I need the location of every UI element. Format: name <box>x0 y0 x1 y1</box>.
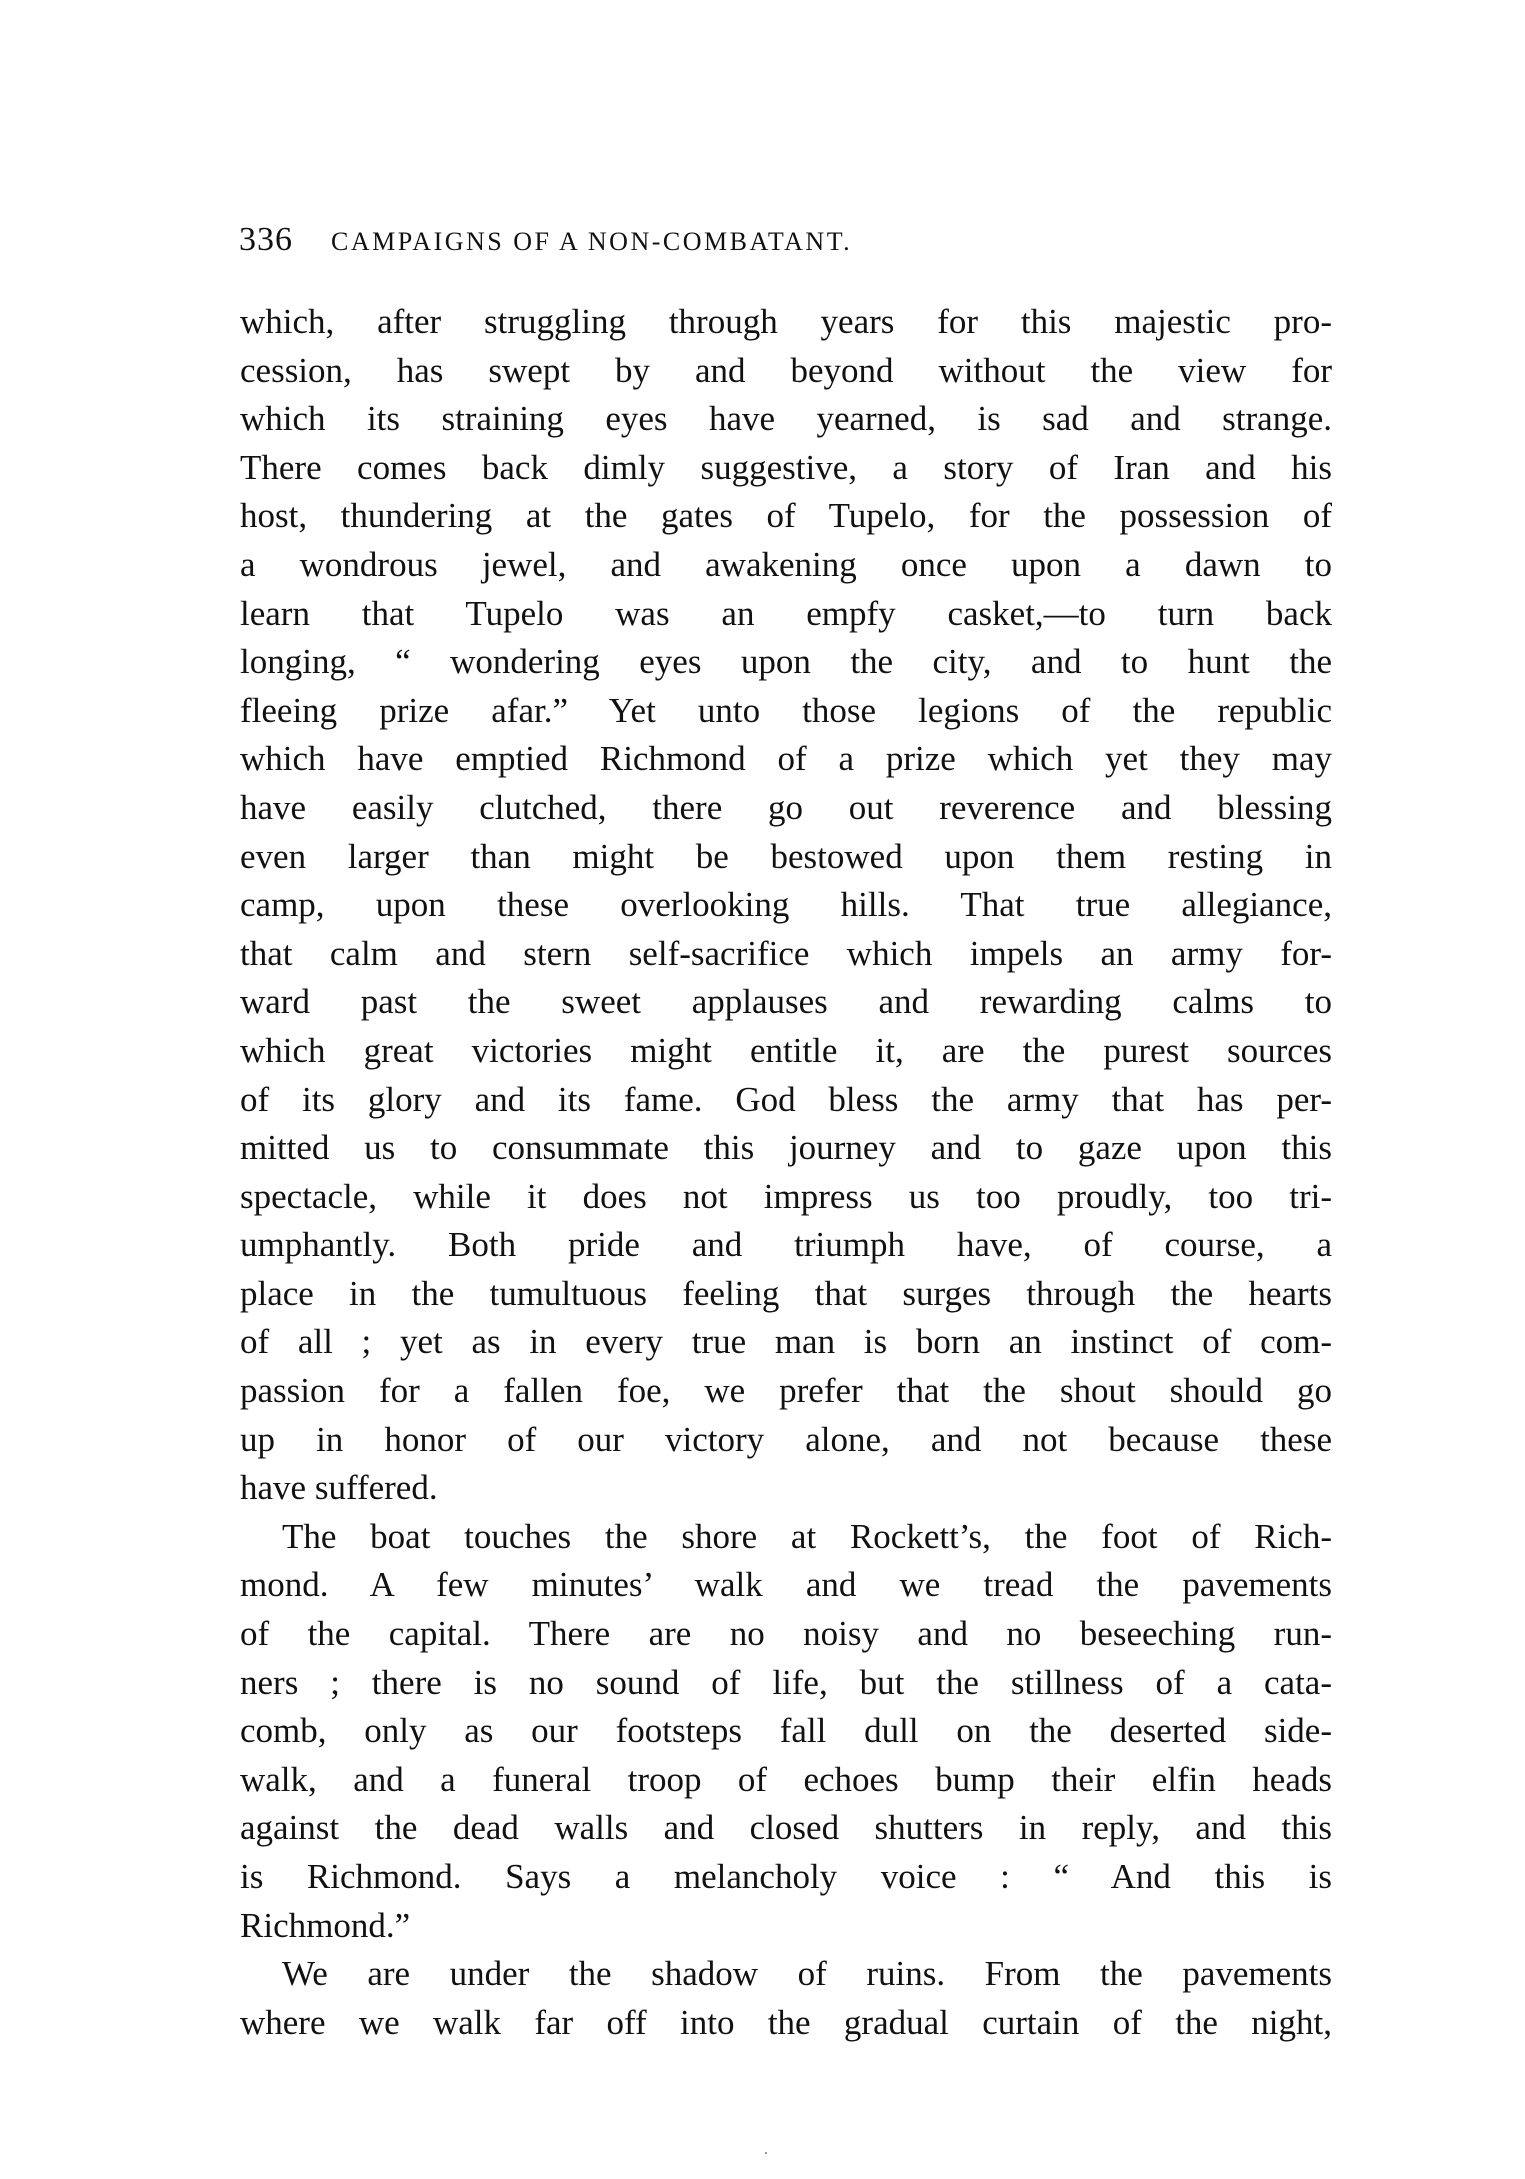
text-line: walk, and a funeral troop of echoes bump… <box>240 1756 1332 1805</box>
text-line: even larger than might be bestowed upon … <box>240 833 1332 882</box>
text-line: is Richmond. Says a melancholy voice : “… <box>240 1853 1332 1902</box>
text-line: host, thundering at the gates of Tupelo,… <box>240 492 1332 541</box>
page-number: 336 <box>239 220 293 260</box>
text-line: where we walk far off into the gradual c… <box>240 1999 1332 2048</box>
text-line: which great victories might entitle it, … <box>240 1027 1332 1076</box>
text-line: ners ; there is no sound of life, but th… <box>240 1659 1332 1708</box>
text-line: of its glory and its fame. God bless the… <box>240 1076 1332 1125</box>
text-line: longing, “ wondering eyes upon the city,… <box>240 638 1332 687</box>
text-line: camp, upon these overlooking hills. That… <box>240 881 1332 930</box>
running-head: 336 CAMPAIGNS OF A NON-COMBATANT. <box>239 220 1199 260</box>
text-line: comb, only as our footsteps fall dull on… <box>240 1707 1332 1756</box>
text-line: place in the tumultuous feeling that sur… <box>240 1270 1332 1319</box>
text-line: have easily clutched, there go out rever… <box>240 784 1332 833</box>
text-line: Richmond.” <box>240 1902 1332 1951</box>
paragraph: The boat touches the shore at Rockett’s,… <box>240 1513 1332 1950</box>
text-line: of all ; yet as in every true man is bor… <box>240 1318 1332 1367</box>
text-line: of the capital. There are no noisy and n… <box>240 1610 1332 1659</box>
text-line: which have emptied Richmond of a prize w… <box>240 735 1332 784</box>
paragraph: We are under the shadow of ruins. From t… <box>240 1950 1332 2047</box>
text-line: which, after struggling through years fo… <box>240 298 1332 347</box>
book-page: 336 CAMPAIGNS OF A NON-COMBATANT. which,… <box>0 0 1525 2179</box>
text-line: umphantly. Both pride and triumph have, … <box>240 1221 1332 1270</box>
text-line: learn that Tupelo was an empfy casket,—t… <box>240 590 1332 639</box>
text-line: passion for a fallen foe, we prefer that… <box>240 1367 1332 1416</box>
text-line: have suffered. <box>240 1464 1332 1513</box>
text-line: There comes back dimly suggestive, a sto… <box>240 444 1332 493</box>
text-line: up in honor of our victory alone, and no… <box>240 1416 1332 1465</box>
text-line: We are under the shadow of ruins. From t… <box>240 1950 1332 1999</box>
text-line: spectacle, while it does not impress us … <box>240 1173 1332 1222</box>
running-title: CAMPAIGNS OF A NON-COMBATANT. <box>331 224 852 260</box>
text-line: against the dead walls and closed shutte… <box>240 1804 1332 1853</box>
text-line: The boat touches the shore at Rockett’s,… <box>240 1513 1332 1562</box>
text-line: ward past the sweet applauses and reward… <box>240 978 1332 1027</box>
body-text: which, after struggling through years fo… <box>240 298 1332 2047</box>
print-speck <box>765 2152 767 2154</box>
text-line: a wondrous jewel, and awakening once upo… <box>240 541 1332 590</box>
paragraph: which, after struggling through years fo… <box>240 298 1332 1513</box>
text-line: which its straining eyes have yearned, i… <box>240 395 1332 444</box>
text-line: cession, has swept by and beyond without… <box>240 347 1332 396</box>
text-line: mond. A few minutes’ walk and we tread t… <box>240 1561 1332 1610</box>
text-line: fleeing prize afar.” Yet unto those legi… <box>240 687 1332 736</box>
text-line: that calm and stern self-sacrifice which… <box>240 930 1332 979</box>
text-line: mitted us to consummate this journey and… <box>240 1124 1332 1173</box>
